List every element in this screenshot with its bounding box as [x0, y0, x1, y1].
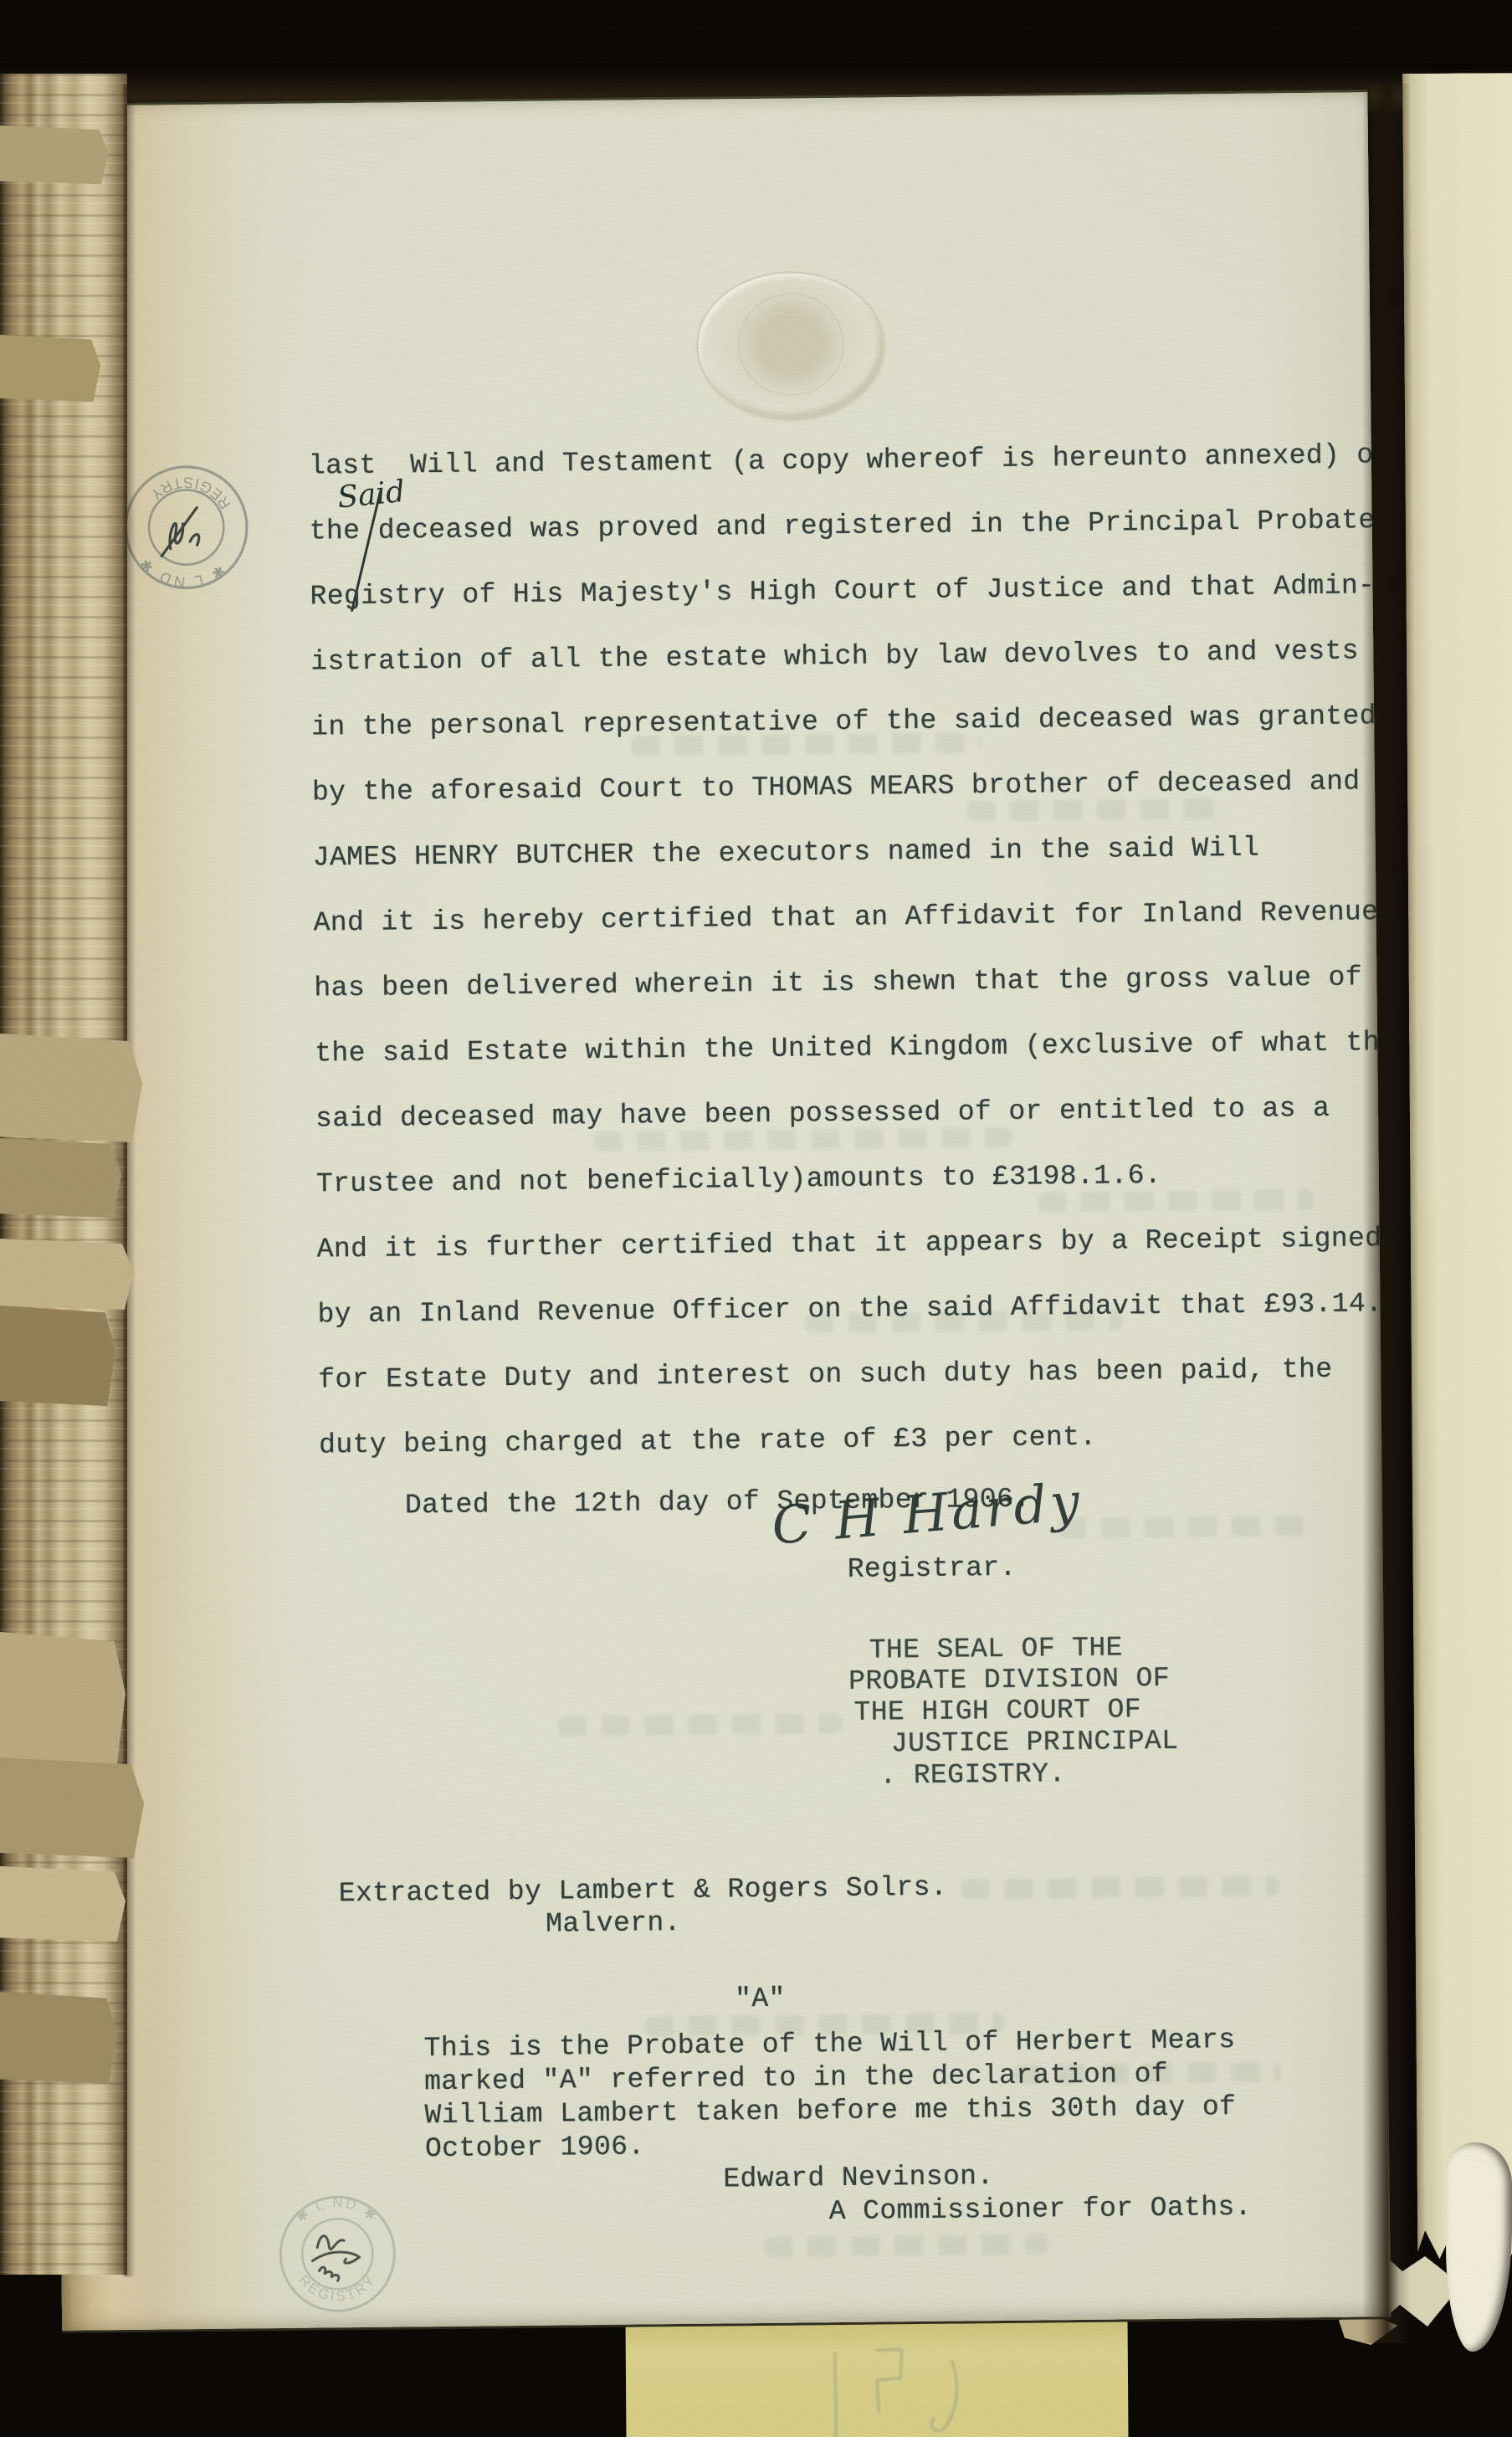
embossed-seal: [696, 270, 885, 419]
page-stack-tab: [0, 1239, 134, 1310]
registrar-signature: C H Hardy: [770, 1470, 1085, 1557]
commissioner-title: A Commissioner for Oaths.: [829, 2193, 1252, 2225]
sticky-note-ghost-writing: [626, 2318, 1129, 2437]
registrar-title: Registrar.: [848, 1554, 1017, 1583]
sticky-note: [626, 2316, 1129, 2437]
bleed-through-smudge: [961, 1876, 1279, 1900]
stamp-arc-text: ✱ L ND ✱: [293, 2194, 382, 2226]
stamp-handwriting: [312, 2235, 360, 2281]
gutter-shadow: [1362, 84, 1411, 2343]
land-registry-stamp-top: ✱ L ND ✱ REGISTRY: [115, 455, 259, 599]
typed-line: duty being charged at the rate of £3 per…: [319, 1424, 1097, 1460]
extraction-note: Extracted by Lambert & Rogers Solrs.: [339, 1874, 948, 1908]
bleed-through-smudge: [1038, 1189, 1314, 1212]
typed-line: for Estate Duty and interest on such dut…: [318, 1356, 1332, 1394]
paper-grain: [38, 92, 1391, 2330]
svg-text:✱ L ND ✱: ✱ L ND ✱: [293, 2194, 382, 2226]
binding-stitch: [1391, 577, 1397, 591]
stamp-handwriting: [161, 508, 199, 557]
typed-line: has been delivered wherein it is shewn t…: [314, 963, 1362, 1002]
book-edge-crevice: [124, 84, 136, 2276]
typed-line: last Will and Testament (a copy whereof …: [309, 441, 1391, 480]
page-stack-tab: [0, 1866, 126, 1942]
page-stack-tab: [0, 1992, 117, 2084]
declaration-line: October 1906.: [425, 2132, 645, 2163]
stamp-arc-text: REGISTRY: [144, 469, 236, 514]
typed-line: said deceased may have been possessed of…: [315, 1095, 1330, 1133]
seal-statement-line: JUSTICE PRINCIPAL: [891, 1727, 1179, 1758]
bleed-through-smudge: [764, 2234, 1048, 2257]
binding-stitch: [1389, 291, 1395, 305]
commissioner-name: Edward Nevinson.: [723, 2163, 994, 2193]
typed-line: And it is further certified that it appe…: [317, 1224, 1382, 1263]
typed-line: the said Estate within the United Kingdo…: [315, 1029, 1391, 1068]
typed-line: deceased was proved and registered in th…: [378, 506, 1376, 544]
binding-stitch: [1392, 862, 1398, 875]
typed-line: JAMES HENRY BUTCHER the executors named …: [313, 834, 1260, 872]
page-stack-tab: [0, 1757, 144, 1858]
facing-page-right: [1402, 73, 1512, 2268]
svg-text:REGISTRY: REGISTRY: [144, 469, 236, 514]
extraction-note-town: Malvern.: [546, 1909, 681, 1938]
declaration-line: This is the Probate of the Will of Herbe…: [424, 2026, 1236, 2062]
embossed-seal-crest: [738, 293, 843, 397]
declaration-line: marked "A" referred to in the declaratio…: [424, 2060, 1168, 2096]
scanned-probate-record-photo: { "colors": { "ink": "#323e3b", "paper":…: [0, 0, 1512, 2437]
handwritten-insertion: Said: [336, 475, 406, 516]
seal-statement-line: THE SEAL OF THE: [869, 1634, 1123, 1664]
seal-statement-line: THE HIGH COURT OF: [853, 1696, 1141, 1726]
typed-line: And it is hereby certified that an Affid…: [313, 898, 1378, 936]
page-stack-tab: [0, 1034, 142, 1142]
typed-line: istration of all the estate which by law…: [310, 637, 1359, 675]
declaration-line: William Lambert taken before me this 30t…: [424, 2093, 1236, 2129]
typed-line: the: [310, 517, 361, 546]
page-stack-tab: [0, 126, 109, 184]
page-stack-tab: [0, 1138, 121, 1218]
page-stack-tab: [0, 1306, 115, 1406]
typed-line: in the personal representative of the sa…: [311, 702, 1376, 741]
page-stack-tab: [0, 335, 100, 402]
typed-line: by an Inland Revenue Officer on the said…: [317, 1290, 1391, 1329]
exhibit-mark: "A": [735, 1985, 786, 2014]
typed-line: Trustee and not beneficially)amounts to …: [316, 1162, 1161, 1198]
page-stack-tab: [0, 1632, 126, 1766]
document-page: last Will and Testament (a copy whereof …: [38, 92, 1391, 2330]
bleed-through-smudge: [966, 798, 1217, 821]
seal-statement-line: PROBATE DIVISION OF: [848, 1665, 1170, 1696]
seal-statement-line: . REGISTRY.: [879, 1760, 1066, 1789]
land-registry-stamp-bottom: ✱ L ND ✱ REGISTRY: [269, 2186, 405, 2322]
typed-line: Registry of His Majesty's High Court of …: [310, 572, 1375, 610]
bleed-through-smudge: [1058, 1516, 1309, 1538]
bleed-through-smudge: [558, 1713, 843, 1737]
page-corner-curl: [1446, 2142, 1512, 2352]
